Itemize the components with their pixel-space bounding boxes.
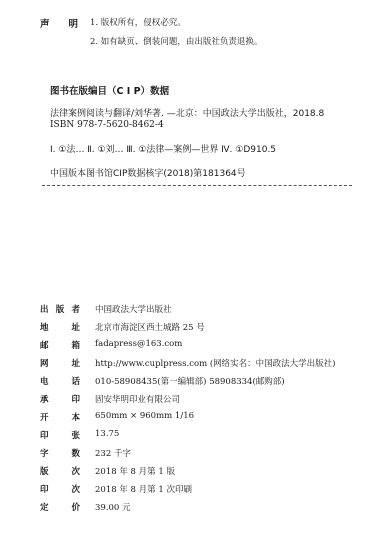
info-label: 出 版 者 [40,303,80,315]
info-label: 邮 箱 [40,339,80,351]
info-value: 2018 年 8 月第 1 版 [95,465,175,477]
label-char: 地 [40,321,49,333]
declaration-label: 声 明 [40,16,78,30]
info-value: fadapress@163.com [95,339,182,349]
label-char: 印 [40,483,49,495]
info-label: 开 本 [40,411,80,423]
info-label: 印 次 [40,483,80,495]
info-label: 网 址 [40,357,80,369]
label-char: 址 [71,321,80,333]
dashed-divider [42,185,352,186]
label-char: 出 [40,303,49,315]
declaration-label-char: 明 [68,16,78,30]
label-char: 者 [71,303,80,315]
label-char: 价 [71,501,80,513]
label-char: 印 [40,429,49,441]
label-char: 印 [71,393,80,405]
label-char: 网 [40,357,49,369]
info-label: 承 印 [40,393,80,405]
info-value: 固安华明印业有限公司 [95,393,180,405]
cip-heading: 图书在版编目（C I P）数据 [50,83,169,97]
label-char: 版 [40,465,49,477]
cip-verification: 中国版本图书馆CIP数据核字(2018)第181364号 [50,166,246,179]
info-label: 定 价 [40,501,80,513]
info-value: 232 千字 [95,447,131,459]
info-value: 中国政法大学出版社 [95,303,172,315]
info-value: 39.00 元 [95,501,131,513]
declaration-item-2: 2. 如有缺页、倒装问题，由出版社负责退换。 [90,35,262,47]
label-char: 张 [71,429,80,441]
info-value: 13.75 [95,429,119,439]
cip-classification: Ⅰ. ①法… Ⅱ. ①刘… Ⅲ. ①法律—案例—世界 Ⅳ. ①D910.5 [50,142,276,155]
label-char: 本 [71,411,80,423]
info-value: 北京市海淀区西土城路 25 号 [95,321,205,333]
label-char: 址 [71,357,80,369]
info-label: 地 址 [40,321,80,333]
label-char: 次 [71,483,80,495]
label-char: 次 [71,465,80,477]
label-char: 版 [56,303,65,315]
label-char: 字 [40,447,49,459]
label-char: 开 [40,411,49,423]
label-char: 电 [40,375,49,387]
info-value: 010-58908435(第一编辑部) 58908334(邮购部) [95,375,285,387]
info-value: 2018 年 8 月第 1 次印刷 [95,483,192,495]
info-value: http://www.cuplpress.com (网络实名：中国政法大学出版社… [95,357,336,369]
info-label: 电 话 [40,375,80,387]
label-char: 箱 [71,339,80,351]
label-char: 邮 [40,339,49,351]
label-char: 数 [71,447,80,459]
declaration-item-1: 1. 版权所有，侵权必究。 [90,16,186,28]
declaration-label-char: 声 [40,16,50,30]
label-char: 定 [40,501,49,513]
info-value: 650mm × 960mm 1/16 [95,411,194,421]
cip-title-line: 法律案例阅读与翻译/刘华著. —北京：中国政法大学出版社，2018.8 [50,106,324,119]
label-char: 话 [71,375,80,387]
cip-isbn: ISBN 978-7-5620-8462-4 [50,120,164,130]
info-label: 版 次 [40,465,80,477]
info-label: 字 数 [40,447,80,459]
label-char: 承 [40,393,49,405]
info-label: 印 张 [40,429,80,441]
